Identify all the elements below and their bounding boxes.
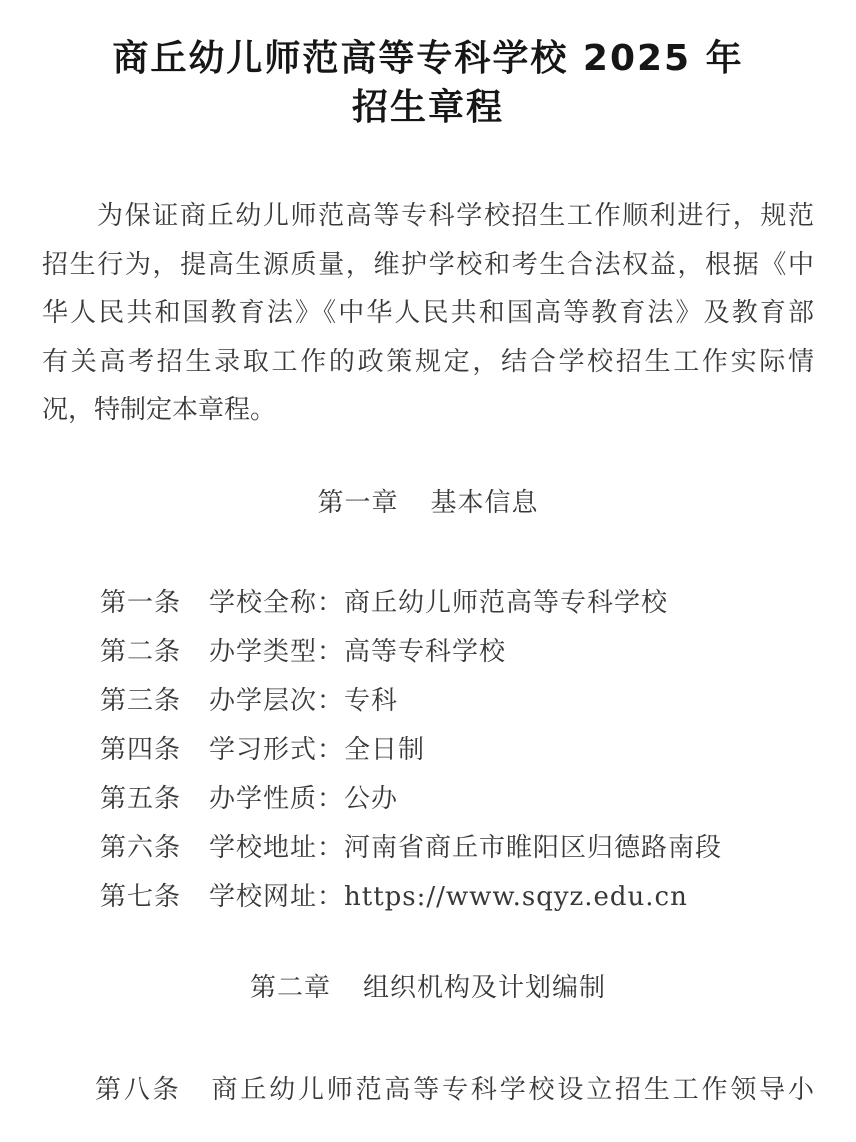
article-row-8: 第八条商丘幼儿师范高等专科学校设立招生工作领导小 [42, 1066, 814, 1115]
document-title: 商丘幼儿师范高等专科学校 2025 年 招生章程 [0, 0, 856, 132]
article-row-6: 第六条学校地址：河南省商丘市睢阳区归德路南段 [100, 824, 814, 873]
article-row-5: 第五条办学性质：公办 [100, 775, 814, 824]
chapter-2-number: 第二章 [250, 973, 331, 1003]
article-2-label: 第二条 [100, 637, 181, 667]
intro-paragraph: 为保证商丘幼儿师范高等专科学校招生工作顺利进行，规范 招生行为，提高生源质量，维… [42, 192, 814, 435]
article-7-text: 学校网址：https://www.sqyz.edu.cn [209, 882, 688, 912]
chapter-2-title: 组织机构及计划编制 [363, 973, 606, 1003]
article-7-label: 第七条 [100, 882, 181, 912]
article-1-label: 第一条 [100, 588, 181, 618]
chapter-1-number: 第一章 [317, 488, 398, 518]
article-6-text: 学校地址：河南省商丘市睢阳区归德路南段 [209, 833, 722, 863]
article-4-text: 学习形式：全日制 [209, 735, 425, 765]
chapter-1-articles: 第一条学校全称：商丘幼儿师范高等专科学校 第二条办学类型：高等专科学校 第三条办… [100, 579, 814, 922]
article-3-text: 办学层次：专科 [209, 686, 398, 716]
intro-line-2: 招生行为，提高生源质量，维护学校和考生合法权益，根据《中 [42, 241, 814, 290]
intro-line-3: 华人民共和国教育法》《中华人民共和国高等教育法》及教育部 [42, 289, 814, 338]
article-6-label: 第六条 [100, 833, 181, 863]
article-8-text: 商丘幼儿师范高等专科学校设立招生工作领导小 [211, 1075, 814, 1105]
document-page: 商丘幼儿师范高等专科学校 2025 年 招生章程 为保证商丘幼儿师范高等专科学校… [0, 0, 856, 1142]
article-1-text: 学校全称：商丘幼儿师范高等专科学校 [209, 588, 668, 618]
chapter-2-heading: 第二章组织机构及计划编制 [0, 964, 856, 1013]
article-8-label: 第八条 [95, 1075, 181, 1105]
article-row-4: 第四条学习形式：全日制 [100, 726, 814, 775]
intro-line-5: 况，特制定本章程。 [42, 386, 814, 435]
intro-line-1: 为保证商丘幼儿师范高等专科学校招生工作顺利进行，规范 [42, 192, 814, 241]
title-line-2: 招生章程 [0, 83, 856, 132]
title-line-1: 商丘幼儿师范高等专科学校 2025 年 [0, 34, 856, 83]
article-row-3: 第三条办学层次：专科 [100, 677, 814, 726]
intro-line-4: 有关高考招生录取工作的政策规定，结合学校招生工作实际情 [42, 338, 814, 387]
article-3-label: 第三条 [100, 686, 181, 716]
article-5-text: 办学性质：公办 [209, 784, 398, 814]
article-row-7: 第七条学校网址：https://www.sqyz.edu.cn [100, 873, 814, 922]
article-2-text: 办学类型：高等专科学校 [209, 637, 506, 667]
chapter-1-title: 基本信息 [431, 488, 539, 518]
article-row-1: 第一条学校全称：商丘幼儿师范高等专科学校 [100, 579, 814, 628]
article-5-label: 第五条 [100, 784, 181, 814]
article-4-label: 第四条 [100, 735, 181, 765]
article-row-2: 第二条办学类型：高等专科学校 [100, 628, 814, 677]
chapter-1-heading: 第一章基本信息 [0, 479, 856, 528]
